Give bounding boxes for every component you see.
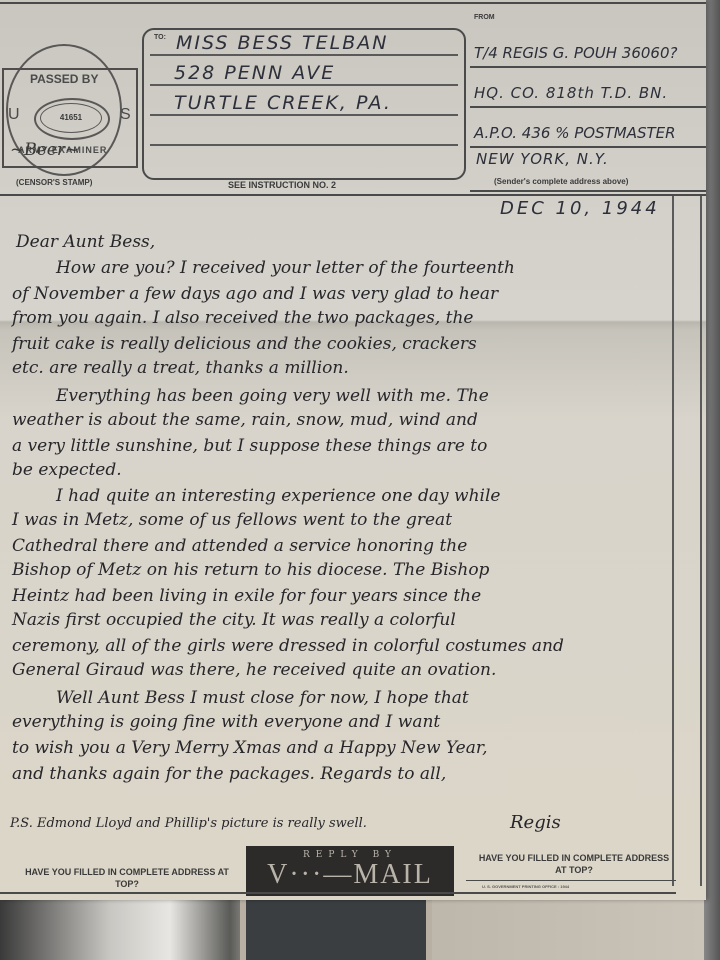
letter-line: and thanks again for the packages. Regar… — [12, 764, 446, 784]
from-label: FROM — [474, 14, 495, 21]
stamp-letter-s: S — [120, 106, 131, 124]
sender-line-2: HQ. CO. 818th T.D. BN. — [474, 84, 668, 102]
header-bottom-rule — [0, 194, 706, 196]
letter-line: I was in Metz, some of us fellows went t… — [12, 510, 452, 530]
postscript: P.S. Edmond Lloyd and Phillip's picture … — [10, 816, 367, 831]
recipient-line-3: TURTLE CREEK, PA. — [174, 92, 392, 114]
top-rule — [0, 2, 706, 4]
reply-by-vmail-banner: REPLY BY V···—MAIL — [246, 846, 454, 896]
letter-line: Nazis first occupied the city. It was re… — [12, 610, 456, 630]
stamp-letter-u: U — [8, 106, 20, 124]
letter-line: How are you? I received your letter of t… — [56, 258, 515, 278]
footer-question-right: HAVE YOU FILLED IN COMPLETE ADDRESS AT T… — [474, 852, 674, 876]
letter-line: I had quite an interesting experience on… — [56, 486, 501, 506]
letter-line: Cathedral there and attended a service h… — [12, 536, 467, 556]
letter-line: a very little sunshine, but I suppose th… — [12, 436, 487, 456]
letter-line: fruit cake is really delicious and the c… — [12, 334, 477, 354]
letter-line: weather is about the same, rain, snow, m… — [12, 410, 478, 430]
letter-line: General Giraud was there, he received qu… — [12, 660, 496, 680]
letter-line: everything is going fine with everyone a… — [12, 712, 440, 732]
letter-line: be expected. — [12, 460, 122, 480]
letter-line: Everything has been going very well with… — [56, 386, 489, 406]
censor-stamp-label: (CENSOR'S STAMP) — [16, 178, 92, 187]
censor-signature: ~Beer~ — [10, 140, 79, 160]
right-margin-rule — [672, 196, 674, 886]
letter-date: DEC 10, 1944 — [500, 198, 660, 219]
background-edge — [704, 0, 720, 960]
sender-line-1: T/4 REGIS G. POUH 36060? — [474, 44, 677, 62]
recipient-line-1: MISS BESS TELBAN — [176, 32, 388, 54]
sender-line-4: NEW YORK, N.Y. — [476, 150, 609, 168]
sender-line-3: A.P.O. 436 % POSTMASTER — [474, 124, 676, 142]
see-instruction: SEE INSTRUCTION NO. 2 — [228, 180, 336, 190]
letter-line: from you again. I also received the two … — [12, 308, 473, 328]
letter-line: Heintz had been living in exile for four… — [12, 586, 481, 606]
to-label: TO: — [154, 34, 166, 41]
footer-question-left: HAVE YOU FILLED IN COMPLETE ADDRESS AT T… — [22, 866, 232, 890]
right-edge-rule — [700, 196, 702, 886]
stamp-number: 41651 — [40, 103, 102, 133]
letter-line: etc. are really a treat, thanks a millio… — [12, 358, 349, 378]
salutation: Dear Aunt Bess, — [16, 232, 155, 252]
signature: Regis — [510, 812, 561, 833]
vmail-letter: PASSED BY U S 41651 ARMY EXAMINER ~Beer~… — [0, 0, 706, 900]
vmail-logo: V···—MAIL — [246, 860, 454, 890]
letter-line: Bishop of Metz on his return to his dioc… — [12, 560, 489, 580]
letter-line: Well Aunt Bess I must close for now, I h… — [56, 688, 469, 708]
letter-line: ceremony, all of the girls were dressed … — [12, 636, 564, 656]
stamp-passed-by: PASSED BY — [30, 72, 98, 86]
printing-office: U. S. GOVERNMENT PRINTING OFFICE : 1944 — [482, 884, 569, 889]
recipient-line-2: 528 PENN AVE — [174, 62, 335, 84]
letter-line: of November a few days ago and I was ver… — [12, 284, 498, 304]
letter-line: to wish you a Very Merry Xmas and a Happ… — [12, 738, 488, 758]
sender-note: (Sender's complete address above) — [494, 177, 628, 186]
